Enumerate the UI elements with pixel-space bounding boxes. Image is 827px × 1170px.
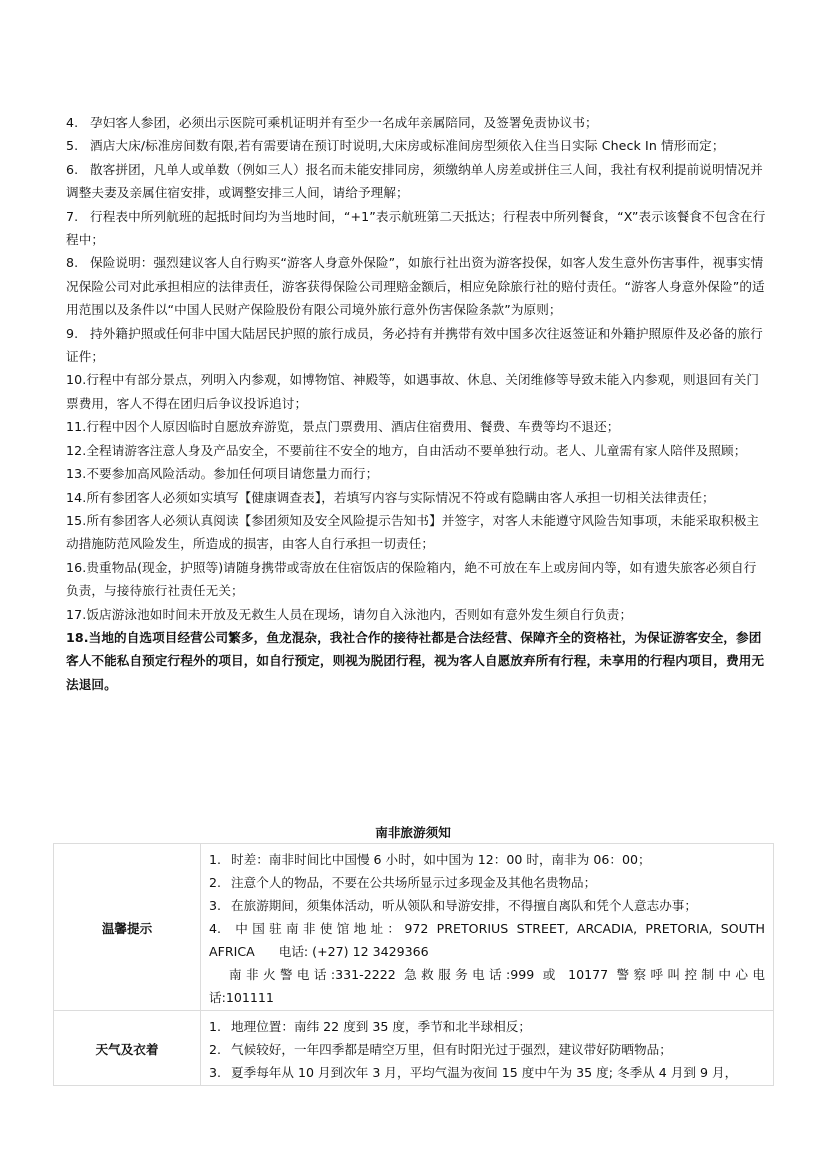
- note-text: 持外籍护照或任何非中国大陆居民护照的旅行成员，务必持有并携带有效中国多次往返签证…: [66, 326, 763, 364]
- note-item-4: 4.孕妇客人参团，必须出示医院可乘机证明并有至少一名成年亲属陪同，及签署免责协议…: [66, 111, 766, 134]
- note-item-6: 6.散客拼团，凡单人或单数（例如三人）报名而未能安排同房，须缴纳单人房差或拼住三…: [66, 158, 766, 205]
- item-text: 注意个人的物品，不要在公共场所显示过多现金及其他名贵物品；: [231, 875, 596, 890]
- embassy-address-cont: AFRICA: [209, 944, 255, 959]
- south-africa-notice-table: 温馨提示 1.时差：南非时间比中国慢 6 小时，如中国为 12：00 时，南非为…: [53, 843, 774, 1086]
- note-text: 行程中因个人原因临时自愿放弃游览，景点门票费用、酒店住宿费用、餐费、车费等均不退…: [86, 419, 619, 434]
- row-content: 1.地理位置：南纬 22 度到 35 度，季节和北半球相反； 2.气候较好，一年…: [201, 1011, 774, 1086]
- note-number: 17.: [66, 603, 86, 626]
- item-text: 夏季每年从 10 月到次年 3 月，平均气温为夜间 15 度中午为 35 度; …: [231, 1065, 737, 1080]
- note-item-13: 13.不要参加高风险活动。参加任何项目请您量力而行；: [66, 462, 766, 485]
- item-text: 地理位置：南纬 22 度到 35 度，季节和北半球相反；: [231, 1019, 531, 1034]
- note-number: 15.: [66, 509, 86, 532]
- note-number: 5.: [66, 134, 90, 157]
- list-item: 1.时差：南非时间比中国慢 6 小时，如中国为 12：00 时，南非为 06：0…: [209, 848, 765, 871]
- note-text: 所有参团客人必须认真阅读【参团须知及安全风险提示告知书】并签字，对客人未能遵守风…: [66, 513, 759, 551]
- note-text: 当地的自选项目经营公司繁多，鱼龙混杂，我社合作的接待社都是合法经营、保障齐全的资…: [66, 630, 764, 692]
- note-text: 饭店游泳池如时间未开放及无救生人员在现场，请勿自入泳池内，否则如有意外发生须自行…: [86, 607, 632, 622]
- note-item-10: 10.行程中有部分景点，列明入内参观，如博物馆、神殿等，如遇事故、休息、关闭维修…: [66, 368, 766, 415]
- note-text: 所有参团客人必须如实填写【健康调查表】，若填写内容与实际情况不符或有隐瞒由客人承…: [86, 490, 714, 505]
- note-number: 6.: [66, 158, 90, 181]
- note-item-14: 14.所有参团客人必须如实填写【健康调查表】，若填写内容与实际情况不符或有隐瞒由…: [66, 486, 766, 509]
- list-item: 2.注意个人的物品，不要在公共场所显示过多现金及其他名贵物品；: [209, 871, 765, 894]
- note-number: 14.: [66, 486, 86, 509]
- note-number: 10.: [66, 368, 86, 391]
- list-item: 1.地理位置：南纬 22 度到 35 度，季节和北半球相反；: [209, 1015, 765, 1038]
- emergency-phones: 南非火警电话:331-2222 急救服务电话:999 或 10177 警察呼叫控…: [209, 963, 765, 986]
- item-number: 2.: [209, 871, 231, 894]
- note-text: 散客拼团，凡单人或单数（例如三人）报名而未能安排同房，须缴纳单人房差或拼住三人间…: [66, 162, 763, 200]
- note-item-7: 7.行程表中所列航班的起抵时间均为当地时间，“+1”表示航班第二天抵达；行程表中…: [66, 205, 766, 252]
- note-text: 孕妇客人参团，必须出示医院可乘机证明并有至少一名成年亲属陪同，及签署免责协议书；: [90, 115, 598, 130]
- note-number: 13.: [66, 462, 86, 485]
- note-text: 行程表中所列航班的起抵时间均为当地时间，“+1”表示航班第二天抵达；行程表中所列…: [66, 209, 765, 247]
- note-number: 16.: [66, 556, 86, 579]
- list-item: 2.气候较好，一年四季都是晴空万里，但有时阳光过于强烈，建议带好防晒物品；: [209, 1038, 765, 1061]
- note-number: 18.: [66, 626, 89, 649]
- note-number: 8.: [66, 251, 90, 274]
- list-item: 4.中国驻南非使馆地址：972 PRETORIUS STREET, ARCADI…: [209, 917, 765, 940]
- note-item-18: 18.当地的自选项目经营公司繁多，鱼龙混杂，我社合作的接待社都是合法经营、保障齐…: [66, 626, 766, 696]
- list-item-continued: AFRICA电话: (+27) 12 3429366: [209, 940, 765, 963]
- note-number: 11.: [66, 415, 86, 438]
- note-item-12: 12.全程请游客注意人身及产品安全，不要前往不安全的地方，自由活动不要单独行动。…: [66, 439, 766, 462]
- item-number: 4.: [209, 917, 231, 940]
- note-item-16: 16.贵重物品(现金，护照等)请随身携带或寄放在住宿饭店的保险箱内，絶不可放在车…: [66, 556, 766, 603]
- list-item: 3.在旅游期间，须集体活动，听从领队和导游安排，不得擅自离队和凭个人意志办事；: [209, 894, 765, 917]
- embassy-address: 中国驻南非使馆地址：972 PRETORIUS STREET, ARCADIA,…: [231, 921, 765, 936]
- list-item: 3.夏季每年从 10 月到次年 3 月，平均气温为夜间 15 度中午为 35 度…: [209, 1061, 765, 1084]
- note-number: 7.: [66, 205, 90, 228]
- item-text: 时差：南非时间比中国慢 6 小时，如中国为 12：00 时，南非为 06：00；: [231, 852, 651, 867]
- note-text: 贵重物品(现金，护照等)请随身携带或寄放在住宿饭店的保险箱内，絶不可放在车上或房…: [66, 560, 756, 598]
- police-phone-number: 话:101111: [209, 990, 274, 1005]
- note-item-11: 11.行程中因个人原因临时自愿放弃游览，景点门票费用、酒店住宿费用、餐费、车费等…: [66, 415, 766, 438]
- row-label: 天气及衣着: [54, 1011, 201, 1086]
- embassy-phone: 电话: (+27) 12 3429366: [279, 944, 429, 959]
- table-row-tips: 温馨提示 1.时差：南非时间比中国慢 6 小时，如中国为 12：00 时，南非为…: [54, 844, 774, 1011]
- item-number: 1.: [209, 1015, 231, 1038]
- item-text: 在旅游期间，须集体活动，听从领队和导游安排，不得擅自离队和凭个人意志办事；: [231, 898, 697, 913]
- note-number: 4.: [66, 111, 90, 134]
- item-number: 3.: [209, 1061, 231, 1084]
- fire-phone: 南非火警电话:331-2222: [229, 967, 396, 982]
- note-text: 酒店大床/标准房间数有限,若有需要请在预订时说明,大床房或标准间房型须依入住当日…: [90, 138, 725, 153]
- note-number: 12.: [66, 439, 86, 462]
- item-number: 1.: [209, 848, 231, 871]
- police-phone-cont: 话:101111: [209, 986, 765, 1009]
- note-item-17: 17.饭店游泳池如时间未开放及无救生人员在现场，请勿自入泳池内，否则如有意外发生…: [66, 603, 766, 626]
- note-item-9: 9.持外籍护照或任何非中国大陆居民护照的旅行成员，务必持有并携带有效中国多次往返…: [66, 322, 766, 369]
- note-item-8: 8.保险说明：强烈建议客人自行购买“游客人身意外保险”，如旅行社出资为游客投保，…: [66, 251, 766, 321]
- note-text: 全程请游客注意人身及产品安全，不要前往不安全的地方，自由活动不要单独行动。老人、…: [86, 443, 746, 458]
- note-item-5: 5.酒店大床/标准房间数有限,若有需要请在预订时说明,大床房或标准间房型须依入住…: [66, 134, 766, 157]
- note-text: 不要参加高风险活动。参加任何项目请您量力而行；: [86, 466, 378, 481]
- note-number: 9.: [66, 322, 90, 345]
- note-text: 保险说明：强烈建议客人自行购买“游客人身意外保险”，如旅行社出资为游客投保，如客…: [66, 255, 765, 317]
- row-label: 温馨提示: [54, 844, 201, 1011]
- police-phone: 警察呼叫控制中心电: [617, 967, 765, 982]
- item-number: 3.: [209, 894, 231, 917]
- item-number: 2.: [209, 1038, 231, 1061]
- row-content: 1.时差：南非时间比中国慢 6 小时，如中国为 12：00 时，南非为 06：0…: [201, 844, 774, 1011]
- table-row-weather: 天气及衣着 1.地理位置：南纬 22 度到 35 度，季节和北半球相反； 2.气…: [54, 1011, 774, 1086]
- note-text: 行程中有部分景点，列明入内参观，如博物馆、神殿等，如遇事故、休息、关闭维修等导致…: [66, 372, 759, 410]
- table-title: 南非旅游须知: [53, 824, 773, 842]
- note-item-15: 15.所有参团客人必须认真阅读【参团须知及安全风险提示告知书】并签字，对客人未能…: [66, 509, 766, 556]
- item-text: 气候较好，一年四季都是晴空万里，但有时阳光过于强烈，建议带好防晒物品；: [231, 1042, 672, 1057]
- notes-list: 4.孕妇客人参团，必须出示医院可乘机证明并有至少一名成年亲属陪同，及签署免责协议…: [66, 111, 766, 696]
- emergency-phone: 急救服务电话:999 或 10177: [404, 967, 608, 982]
